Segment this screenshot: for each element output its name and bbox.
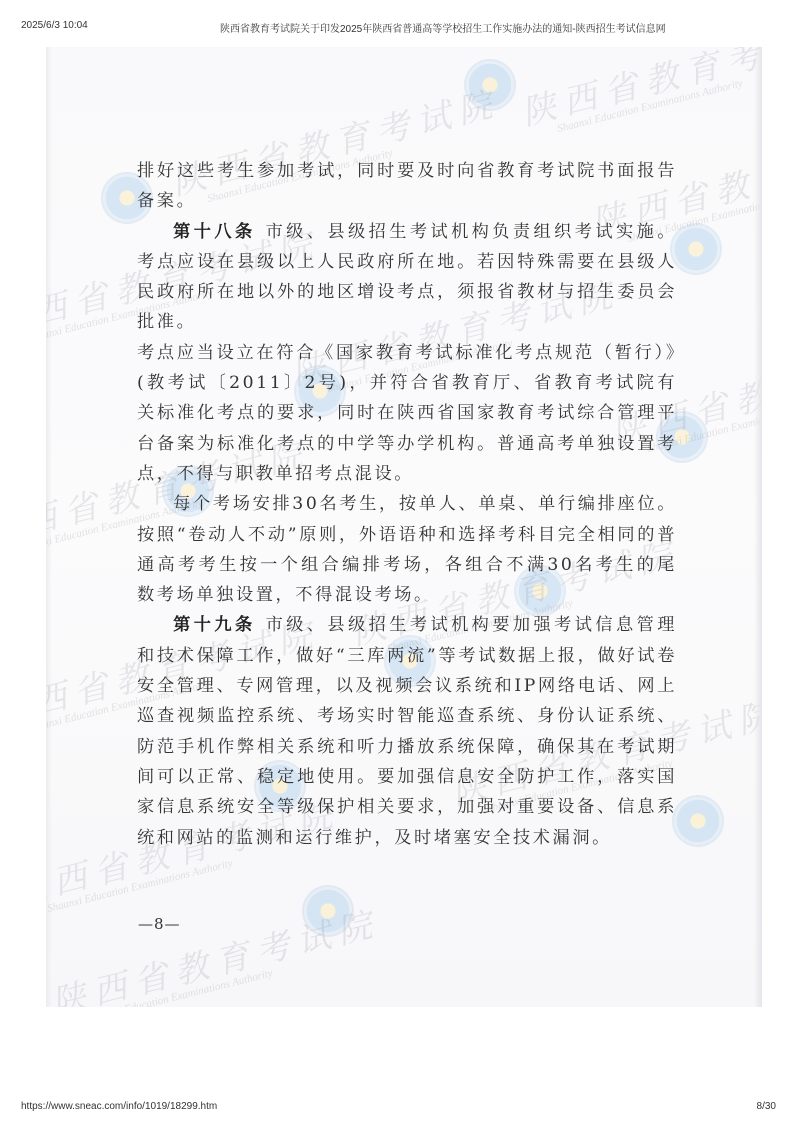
paragraph-article-18: 第十八条市级、县级招生考试机构负责组织考试实施。考点应设在县级以上人民政府所在地… [137, 217, 677, 338]
paragraph-continuation: 排好这些考生参加考试，同时要及时向省教育考试院书面报告备案。 [137, 156, 677, 217]
print-page-indicator: 8/30 [757, 1101, 776, 1112]
paragraph-article-19: 第十九条市级、县级招生考试机构要加强考试信息管理和技术保障工作，做好“三库两流”… [137, 610, 677, 852]
document-body: 排好这些考生参加考试，同时要及时向省教育考试院书面报告备案。 第十八条市级、县级… [137, 156, 677, 853]
watermark-text: 陕西省教育考试院 Shaanxi Education Examinations … [516, 47, 762, 142]
paragraph-exam-site-standard: 考点应当设立在符合《国家教育考试标准化考点规范（暂行）》(教考试〔2011〕2号… [137, 338, 677, 489]
seal-logo-icon [674, 797, 722, 845]
seal-logo-icon [304, 887, 352, 935]
article-label: 第十九条 [173, 615, 255, 635]
article-label: 第十八条 [173, 222, 255, 242]
print-page-title: 陕西省教育考试院关于印发2025年陕西省普通高等学校招生工作实施办法的通知-陕西… [220, 20, 740, 35]
print-footer: https://www.sneac.com/info/1019/18299.ht… [0, 1101, 800, 1117]
document-page-number: —8— [138, 915, 181, 933]
print-header: 2025/6/3 10:04 陕西省教育考试院关于印发2025年陕西省普通高等学… [0, 20, 800, 36]
seal-logo-icon [466, 61, 514, 109]
seal-logo-icon [672, 225, 720, 273]
watermark-text: 陕西省教育考试院 Shaanxi Education Examinations … [46, 896, 386, 1007]
print-datetime: 2025/6/3 10:04 [21, 20, 88, 31]
paragraph-exam-room-arrangement: 每个考场安排30名考生，按单人、单桌、单行编排座位。按照“卷动人不动”原则，外语… [137, 489, 677, 610]
print-url: https://www.sneac.com/info/1019/18299.ht… [21, 1101, 217, 1112]
